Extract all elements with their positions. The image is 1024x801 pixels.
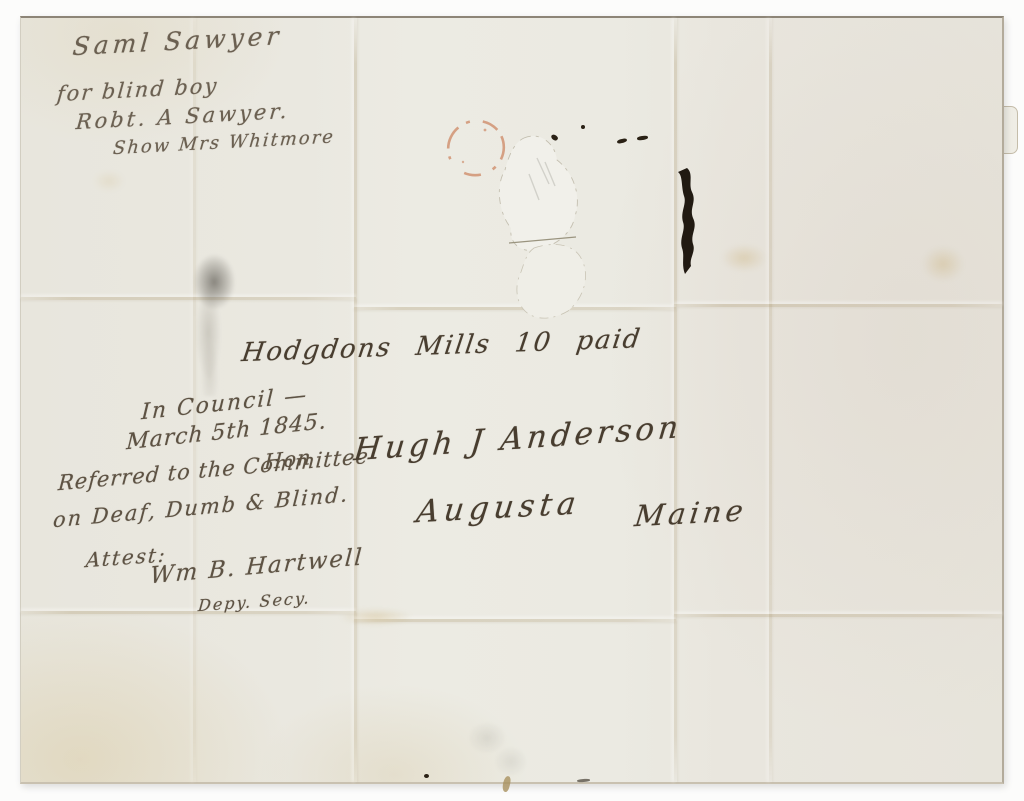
sender-note-name-2: Robt. A Sawyer. <box>75 99 291 134</box>
fold-line-horizontal-lower-right <box>674 614 1002 617</box>
address-city: Augusta <box>415 485 583 530</box>
address-state: Maine <box>633 493 749 533</box>
postal-marking: Hodgdons Mills 10 paid <box>240 324 644 368</box>
ink-speck-6 <box>577 779 590 783</box>
ink-speck-4 <box>637 135 648 140</box>
ink-speck-5 <box>424 774 429 778</box>
sender-note-instruction: Show Mrs Whitmore <box>112 126 336 159</box>
ink-showthrough <box>449 706 549 790</box>
tan-stain-4 <box>93 170 125 192</box>
fold-line-horizontal-lower-left <box>21 611 356 614</box>
endorsement-signature: Wm B. Hartwell <box>149 544 364 589</box>
sender-note-name: Saml Sawyer <box>71 21 283 61</box>
address-recipient: Hugh J Anderson <box>352 409 684 468</box>
fold-line-vertical-1 <box>354 18 357 782</box>
scanned-letter-page: Saml Sawyer for blind boy Robt. A Sawyer… <box>0 0 1024 801</box>
fold-line-vertical-2 <box>674 18 677 782</box>
tan-stain-2 <box>922 246 964 282</box>
fold-line-horizontal-upper-right <box>674 304 1002 307</box>
ink-blot <box>675 168 703 274</box>
fold-line-vertical-3 <box>769 18 772 782</box>
dark-smudge <box>179 246 243 396</box>
ink-speck-1 <box>581 125 585 129</box>
tan-stain-1 <box>721 244 767 272</box>
letter-paper: Saml Sawyer for blind boy Robt. A Sawyer… <box>20 16 1004 784</box>
tan-stain-3 <box>339 608 413 626</box>
postmark-circle-stamp <box>445 118 509 180</box>
